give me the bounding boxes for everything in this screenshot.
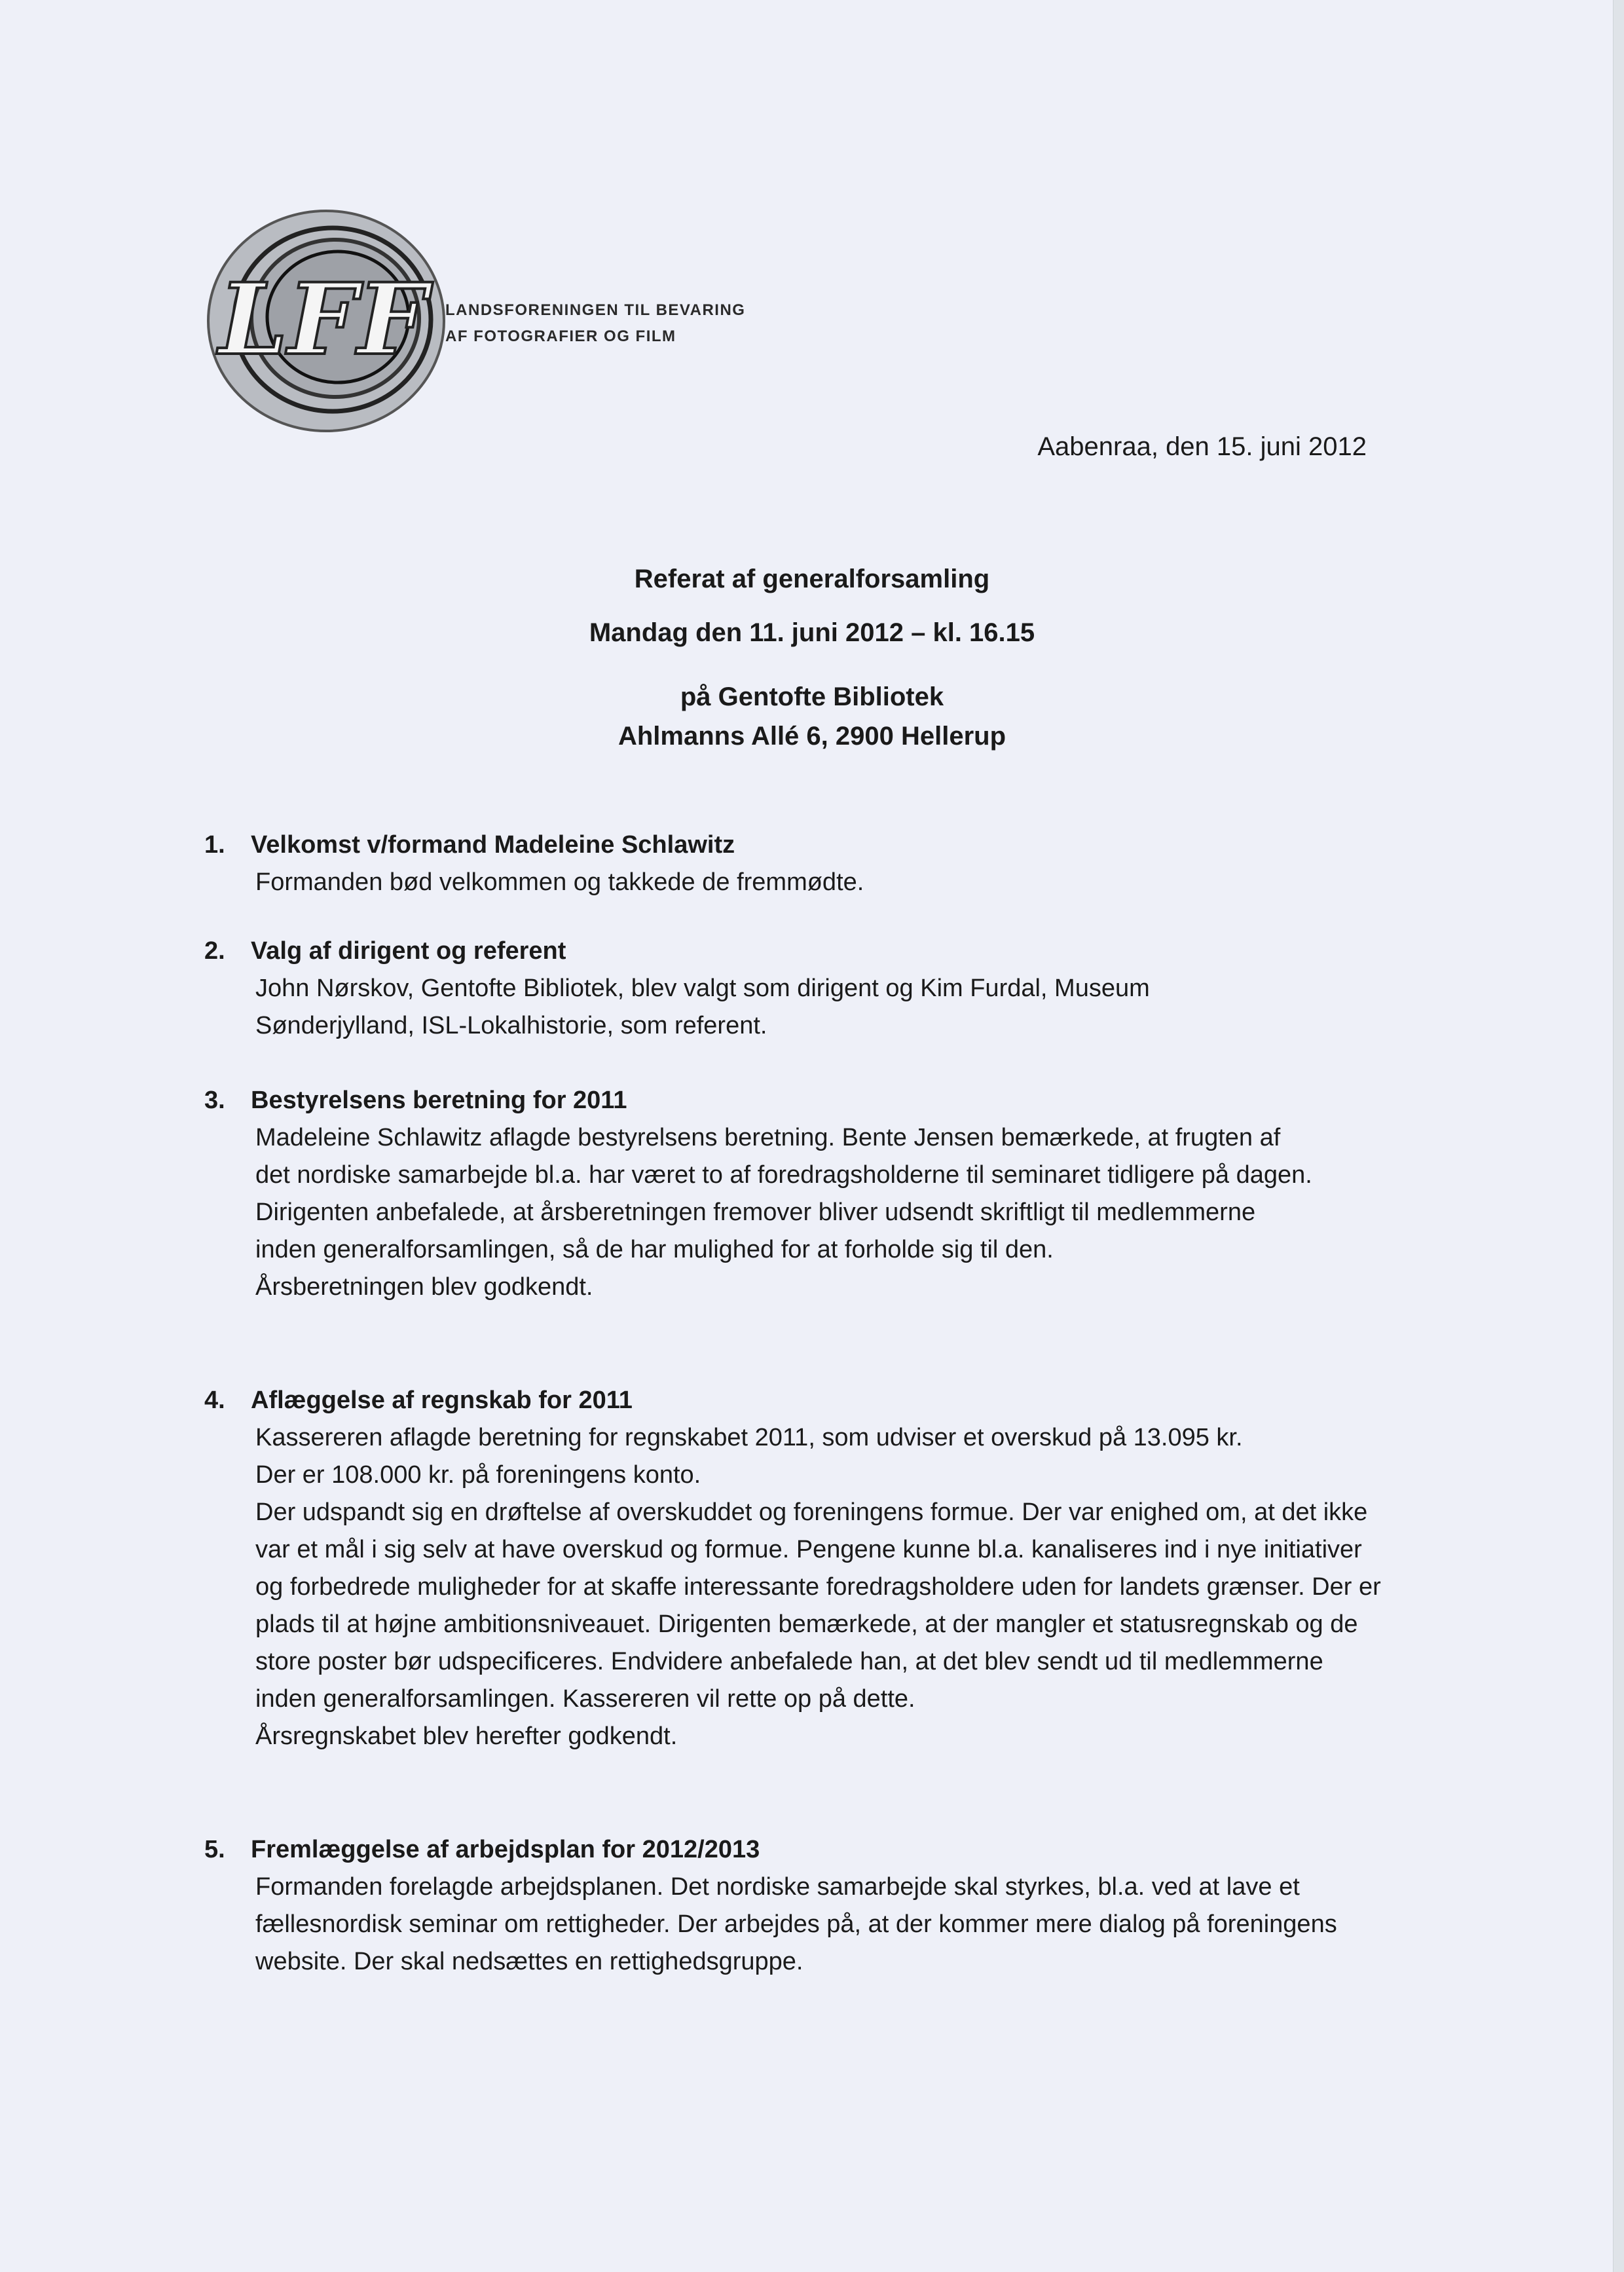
scan-edge <box>1613 0 1624 2272</box>
organization-name: LANDSFORENINGEN TIL BEVARING AF FOTOGRAF… <box>445 297 745 350</box>
venue-line-2: Ahlmanns Allé 6, 2900 Hellerup <box>0 717 1624 756</box>
item-heading: Bestyrelsens beretning for 2011 <box>251 1082 1396 1119</box>
logo-text: LFF <box>216 262 434 377</box>
item-heading: Valg af dirigent og referent <box>251 933 1396 970</box>
agenda-item-5: 5. Fremlæggelse af arbejdsplan for 2012/… <box>204 1831 1396 1981</box>
item-body: Madeleine Schlawitz aflagde bestyrelsens… <box>255 1119 1396 1306</box>
dateline: Aabenraa, den 15. juni 2012 <box>1037 432 1367 462</box>
paragraph: Formanden forelagde arbejdsplanen. Det n… <box>255 1869 1369 1981</box>
org-line-1: LANDSFORENINGEN TIL BEVARING <box>445 297 745 324</box>
item-number: 4. <box>204 1382 225 1419</box>
meeting-datetime: Mandag den 11. juni 2012 – kl. 16.15 <box>0 618 1624 648</box>
paragraph: Årsregnskabet blev herefter godkendt. <box>255 1718 1396 1755</box>
paragraph: Kassereren aflagde beretning for regnska… <box>255 1419 1396 1457</box>
lff-logo: LFF <box>204 208 448 434</box>
item-number: 2. <box>204 933 225 970</box>
paragraph: Der udspandt sig en drøftelse af oversku… <box>255 1494 1382 1718</box>
paragraph: Madeleine Schlawitz aflagde bestyrelsens… <box>255 1119 1316 1269</box>
item-body: John Nørskov, Gentofte Bibliotek, blev v… <box>255 970 1396 1045</box>
paragraph: Formanden bød velkommen og takkede de fr… <box>255 864 1396 901</box>
item-body: Formanden bød velkommen og takkede de fr… <box>255 864 1396 901</box>
item-heading: Velkomst v/formand Madeleine Schlawitz <box>251 827 1396 864</box>
item-number: 3. <box>204 1082 225 1119</box>
agenda-item-3: 3. Bestyrelsens beretning for 2011 Madel… <box>204 1082 1396 1306</box>
agenda-item-1: 1. Velkomst v/formand Madeleine Schlawit… <box>204 827 1396 901</box>
paragraph: Der er 108.000 kr. på foreningens konto. <box>255 1457 1396 1494</box>
meeting-venue: på Gentofte Bibliotek Ahlmanns Allé 6, 2… <box>0 677 1624 756</box>
paragraph: Årsberetningen blev godkendt. <box>255 1269 1396 1306</box>
paragraph: John Nørskov, Gentofte Bibliotek, blev v… <box>255 970 1211 1045</box>
item-heading: Aflæggelse af regnskab for 2011 <box>251 1382 1396 1419</box>
item-body: Formanden forelagde arbejdsplanen. Det n… <box>255 1869 1396 1981</box>
agenda-item-4: 4. Aflæggelse af regnskab for 2011 Kasse… <box>204 1382 1396 1755</box>
agenda-item-2: 2. Valg af dirigent og referent John Nør… <box>204 933 1396 1045</box>
document-title: Referat af generalforsamling <box>0 565 1624 594</box>
item-number: 5. <box>204 1831 225 1869</box>
item-body: Kassereren aflagde beretning for regnska… <box>255 1419 1396 1755</box>
item-heading: Fremlæggelse af arbejdsplan for 2012/201… <box>251 1831 1396 1869</box>
org-line-2: AF FOTOGRAFIER OG FILM <box>445 324 745 350</box>
item-number: 1. <box>204 827 225 864</box>
venue-line-1: på Gentofte Bibliotek <box>0 677 1624 717</box>
